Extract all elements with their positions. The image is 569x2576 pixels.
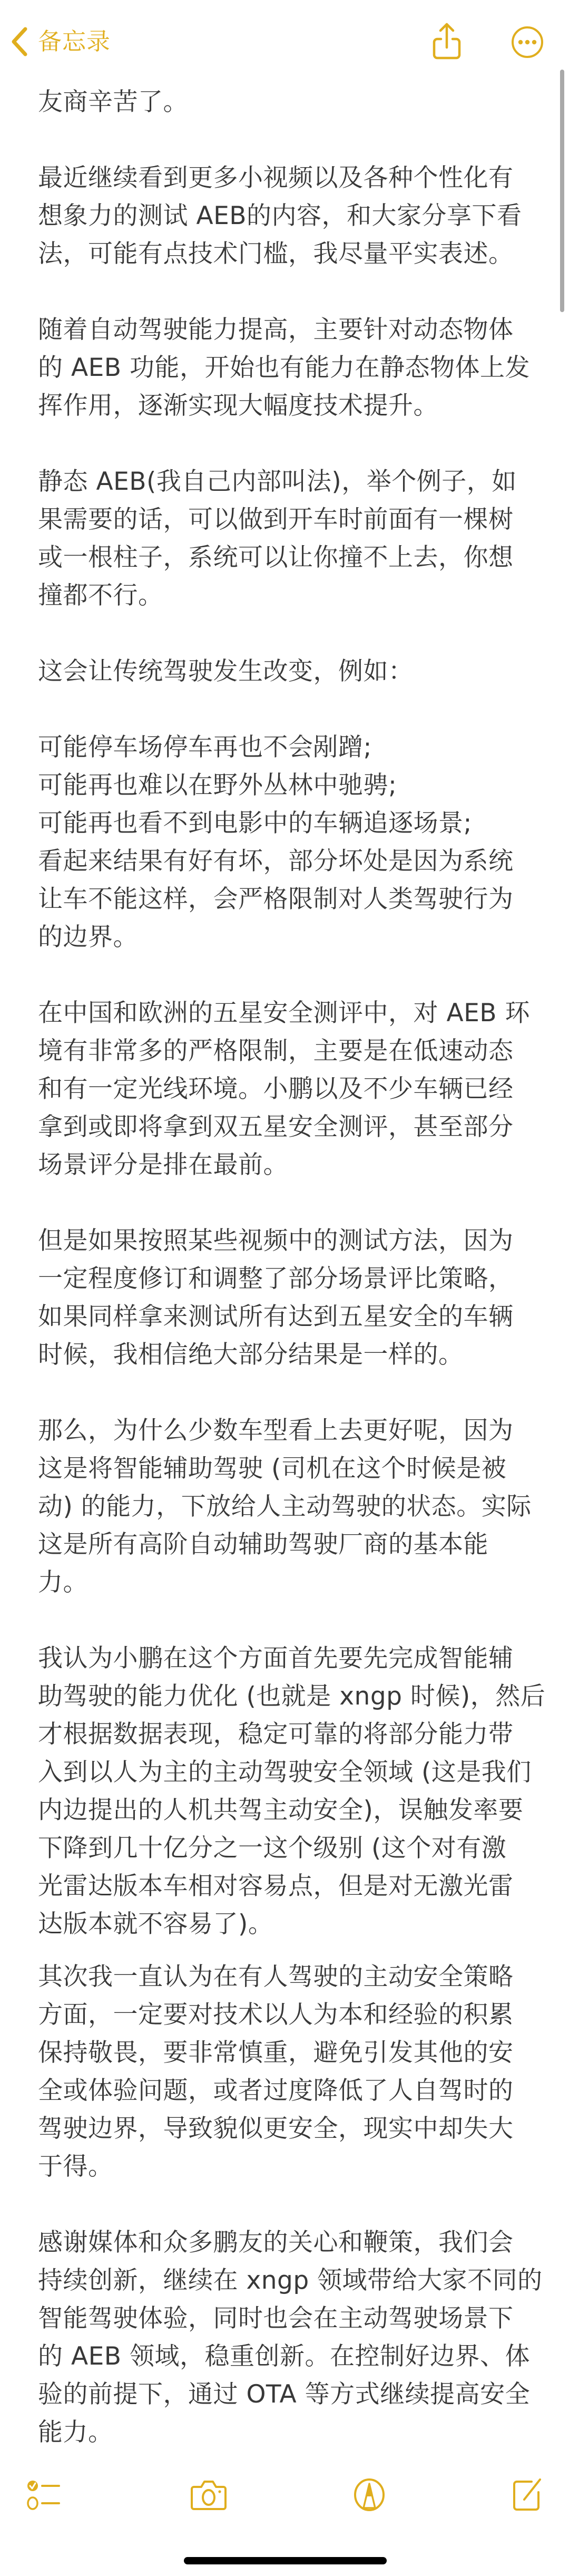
note-line: 感谢媒体和众多鹏友的关心和鞭策，我们会: [38, 2224, 544, 2262]
note-line: 达版本就不容易了)。: [38, 1905, 544, 1943]
checklist-button[interactable]: [24, 2475, 66, 2517]
note-line: 想象力的测试 AEB的内容，和大家分享下看: [38, 197, 544, 235]
note-line: 智能驾驶体验，同时也会在主动驾驶场景下: [38, 2300, 544, 2338]
note-line: 的 AEB 功能，开始也有能力在静态物体上发: [38, 349, 544, 387]
note-line: 如果同样拿来测试所有达到五星安全的车辆: [38, 1298, 544, 1336]
note-line: 验的前提下，通过 OTA 等方式继续提高安全: [38, 2376, 544, 2414]
chevron-left-icon: [9, 26, 28, 57]
note-line: 的边界。: [38, 918, 544, 956]
note-line: 内边提出的人机共驾主动安全)，误触发率要: [38, 1791, 544, 1829]
back-button[interactable]: 备忘录: [9, 23, 111, 60]
note-line: 全或体验问题，或者过度降低了人自驾时的: [38, 2072, 544, 2110]
note-line: 驾驶边界，导致貌似更安全，现实中却失大: [38, 2110, 544, 2148]
camera-icon: [190, 2478, 228, 2513]
note-line: 的 AEB 领域，稳重创新。在控制好边界、体: [38, 2338, 544, 2376]
home-indicator[interactable]: [184, 2557, 387, 2564]
compose-button[interactable]: [507, 2475, 549, 2517]
note-line: 和有一定光线环境。小鹏以及不少车辆已经: [38, 1070, 544, 1108]
note-line: 看起来结果有好有坏，部分坏处是因为系统: [38, 842, 544, 880]
note-line: 动) 的能力，下放给人主动驾驶的状态。实际: [38, 1488, 544, 1526]
note-text-block-2: 其次我一直认为在有人驾驶的主动安全策略方面，一定要对技术以人为本和经验的积累保持…: [38, 1958, 544, 2452]
note-line: 随着自动驾驶能力提高，主要针对动态物体: [38, 311, 544, 349]
note-line: 但是如果按照某些视频中的测试方法，因为: [38, 1222, 544, 1260]
share-icon: [430, 53, 464, 63]
note-line: 在中国和欧洲的五星安全测评中，对 AEB 环: [38, 994, 544, 1032]
note-line: 场景评分是排在最前。: [38, 1146, 544, 1184]
blank-line: [38, 1184, 544, 1222]
note-line: 其次我一直认为在有人驾驶的主动安全策略: [38, 1958, 544, 1996]
blank-line: [38, 615, 544, 653]
bottom-toolbar: [0, 2467, 569, 2525]
blank-line: [38, 1602, 544, 1640]
note-line: 让车不能这样，会严格限制对人类驾驶行为: [38, 880, 544, 918]
blank-line: [38, 956, 544, 994]
blank-line: [38, 425, 544, 463]
more-button[interactable]: [509, 24, 546, 61]
note-line: 最近继续看到更多小视频以及各种个性化有: [38, 159, 544, 197]
note-line: 持续创新，继续在 xngp 领域带给大家不同的: [38, 2262, 544, 2300]
note-line: 那么，为什么少数车型看上去更好呢，因为: [38, 1412, 544, 1450]
vertical-scrollbar[interactable]: [560, 70, 564, 312]
note-line: 力。: [38, 1564, 544, 1602]
blank-line: [38, 121, 544, 159]
note-line: 才根据数据表现，稳定可靠的将部分能力带: [38, 1716, 544, 1754]
blank-line: [38, 2186, 544, 2224]
camera-button[interactable]: [188, 2475, 230, 2517]
note-line: 可能再也看不到电影中的车辆追逐场景;: [38, 805, 544, 842]
markup-pen-icon: [352, 2477, 387, 2514]
note-line: 法，可能有点技术门槛，我尽量平实表述。: [38, 235, 544, 273]
note-line: 或一根柱子，系统可以让你撞不上去，你想: [38, 539, 544, 577]
checklist-icon: [26, 2478, 63, 2513]
note-line: 助驾驶的能力优化 (也就是 xngp 时候)，然后: [38, 1678, 544, 1716]
compose-icon: [511, 2477, 545, 2514]
paragraph-spacing: [38, 1943, 544, 1958]
note-line: 方面，一定要对技术以人为本和经验的积累: [38, 1996, 544, 2034]
markup-button[interactable]: [348, 2475, 390, 2517]
ellipsis-circle-icon: [509, 53, 546, 63]
note-line: 一定程度修订和调整了部分场景评比策略，: [38, 1260, 544, 1298]
blank-line: [38, 1374, 544, 1412]
note-line: 能力。: [38, 2414, 544, 2452]
note-line: 可能再也难以在野外丛林中驰骋;: [38, 767, 544, 805]
note-line: 境有非常多的严格限制，主要是在低速动态: [38, 1032, 544, 1070]
note-line: 这会让传统驾驶发生改变，例如：: [38, 653, 544, 691]
note-line: 可能停车场停车再也不会剐蹭;: [38, 729, 544, 767]
note-line: 光雷达版本车相对容易点，但是对无激光雷: [38, 1867, 544, 1905]
note-line: 静态 AEB(我自己内部叫法)，举个例子，如: [38, 463, 544, 501]
navigation-bar: 备忘录: [0, 0, 569, 79]
note-line: 于得。: [38, 2148, 544, 2186]
back-label: 备忘录: [38, 23, 111, 60]
note-line: 拿到或即将拿到双五星安全测评，甚至部分: [38, 1108, 544, 1146]
note-line: 果需要的话，可以做到开车时前面有一棵树: [38, 501, 544, 539]
blank-line: [38, 273, 544, 311]
share-button[interactable]: [430, 21, 464, 61]
note-line: 入到以人为主的主动驾驶安全领域 (这是我们: [38, 1754, 544, 1791]
note-line: 保持敬畏，要非常慎重，避免引发其他的安: [38, 2034, 544, 2072]
note-body[interactable]: 友商辛苦了。最近继续看到更多小视频以及各种个性化有想象力的测试 AEB的内容，和…: [38, 83, 544, 2452]
note-line: 下降到几十亿分之一这个级别 (这个对有激: [38, 1829, 544, 1867]
note-line: 撞都不行。: [38, 577, 544, 615]
note-line: 挥作用，逐渐实现大幅度技术提升。: [38, 387, 544, 425]
note-line: 友商辛苦了。: [38, 83, 544, 121]
blank-line: [38, 691, 544, 729]
note-line: 这是将智能辅助驾驶 (司机在这个时候是被: [38, 1450, 544, 1488]
note-line: 时候，我相信绝大部分结果是一样的。: [38, 1336, 544, 1374]
note-line: 这是所有高阶自动辅助驾驶厂商的基本能: [38, 1526, 544, 1564]
note-text-block-1: 友商辛苦了。最近继续看到更多小视频以及各种个性化有想象力的测试 AEB的内容，和…: [38, 83, 544, 1943]
note-line: 我认为小鹏在这个方面首先要先完成智能辅: [38, 1640, 544, 1678]
